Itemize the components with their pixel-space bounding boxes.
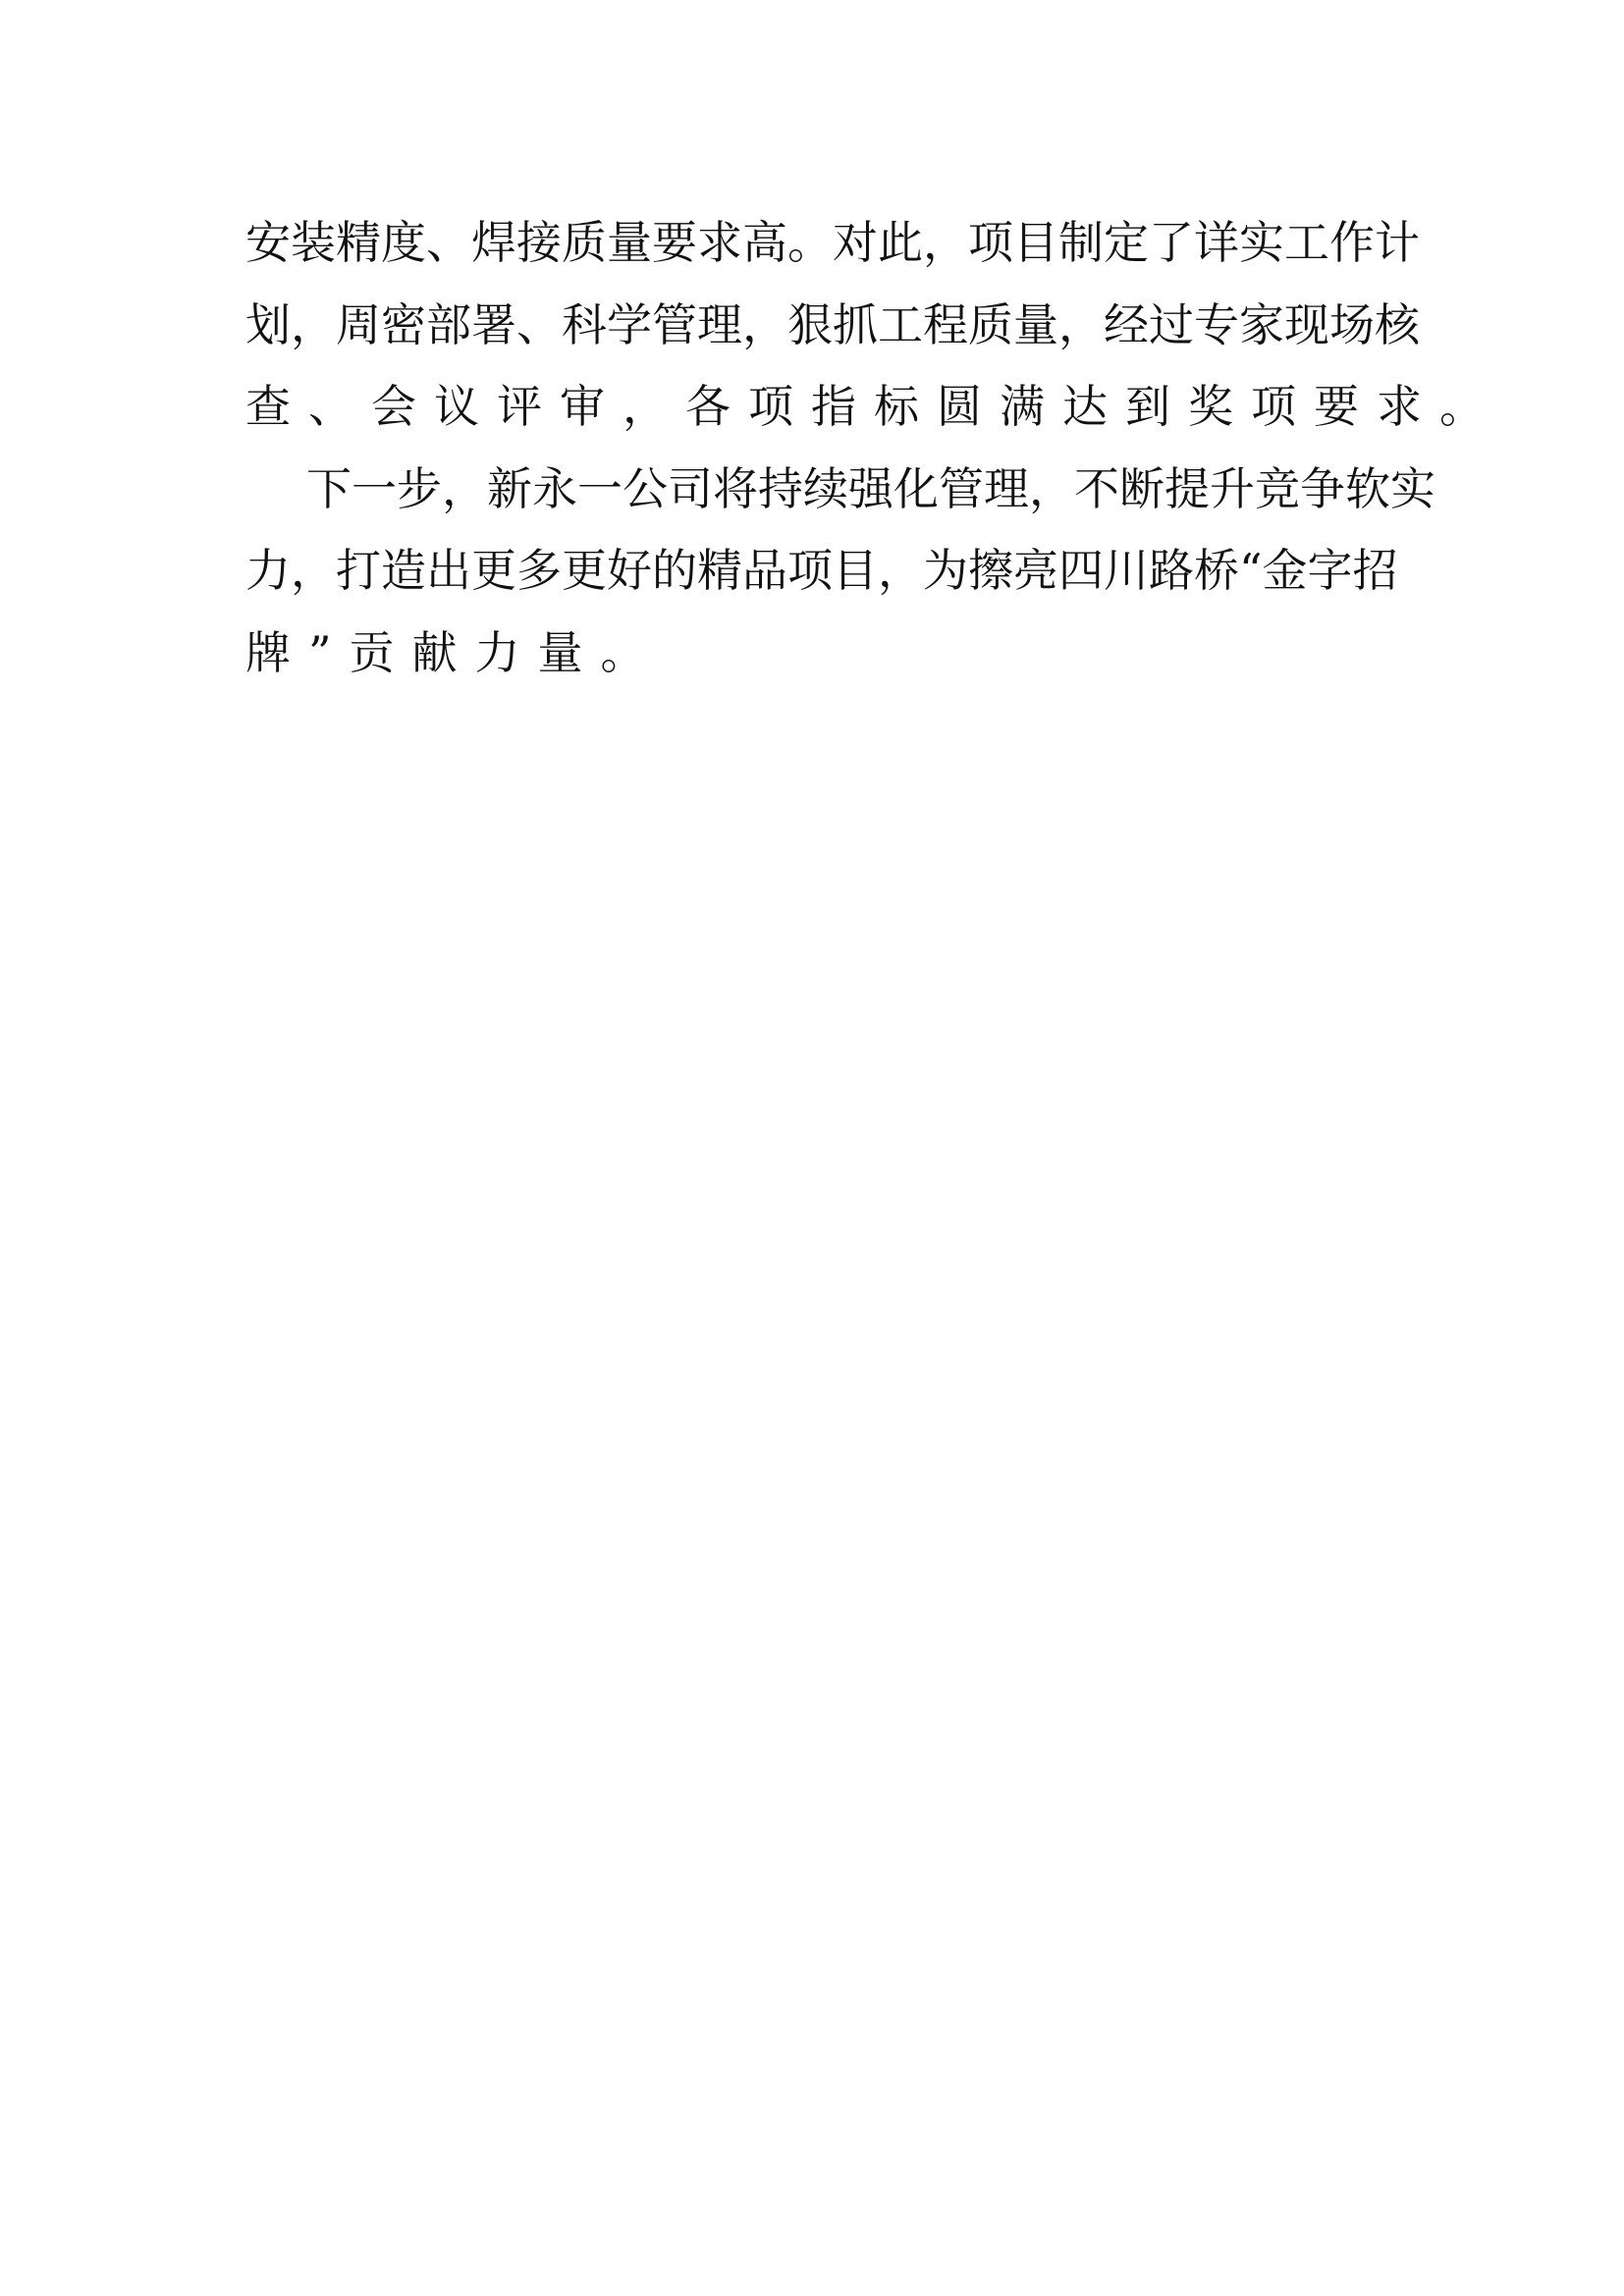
text-line: 查、会议评审，各项指标圆满达到奖项要求。 [245, 366, 1386, 449]
text-line: 划，周密部署、科学管理，狠抓工程质量，经过专家现场核 [245, 285, 1386, 367]
text-line: 安装精度、焊接质量要求高。对此，项目制定了详实工作计 [245, 202, 1386, 285]
text-line: 牌”贡献力量。 [245, 613, 1386, 695]
paragraph-next-steps: 下一步，新永一公司将持续强化管理，不断提升竞争软实 力，打造出更多更好的精品项目… [245, 449, 1386, 695]
text-line: 下一步，新永一公司将持续强化管理，不断提升竞争软实 [245, 449, 1386, 531]
paragraph-project-quality: 安装精度、焊接质量要求高。对此，项目制定了详实工作计 划，周密部署、科学管理，狠… [245, 202, 1386, 449]
document-page: 安装精度、焊接质量要求高。对此，项目制定了详实工作计 划，周密部署、科学管理，狠… [245, 202, 1386, 694]
text-line: 力，打造出更多更好的精品项目，为擦亮四川路桥“金字招 [245, 530, 1386, 613]
